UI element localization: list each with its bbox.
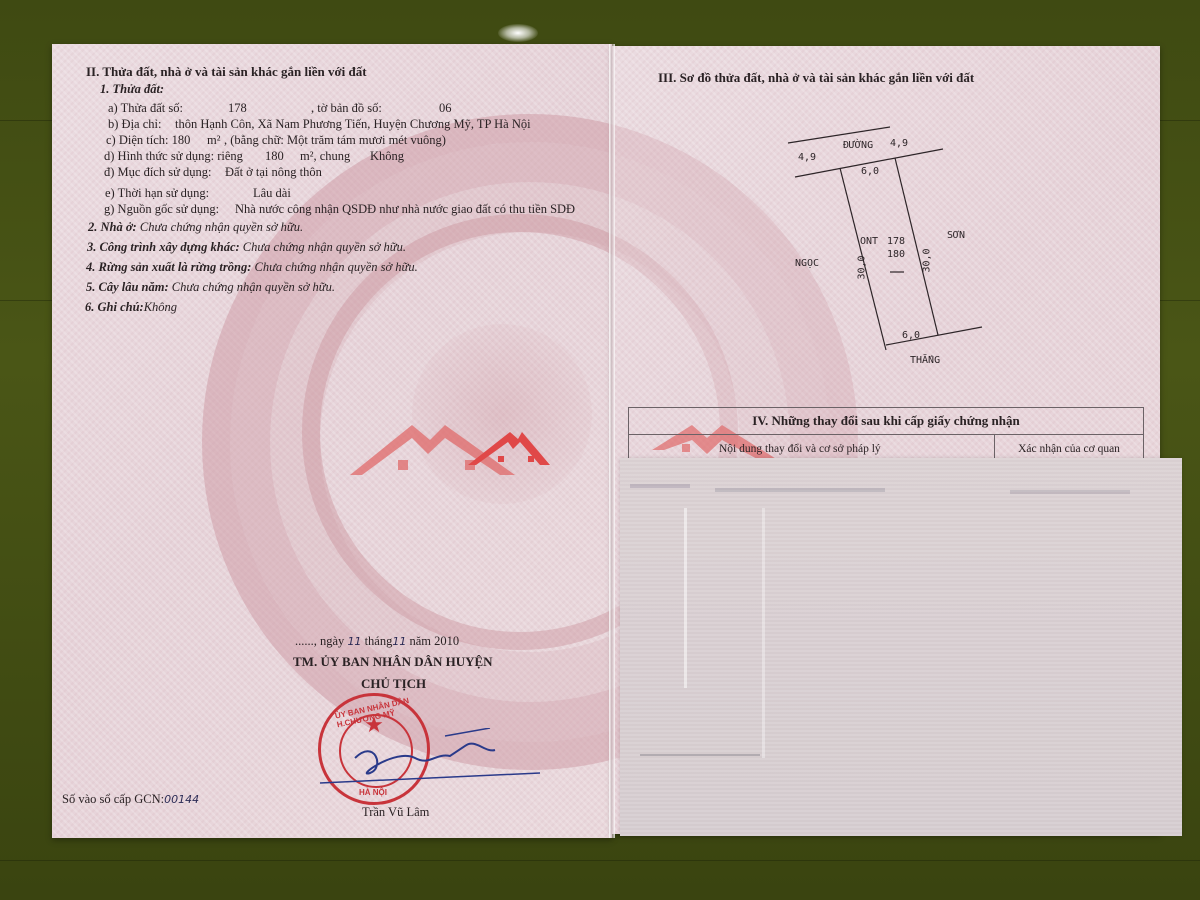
usage-form-label: d) Hình thức sử dụng: riêng (104, 149, 243, 164)
parcel-number: 178 (887, 236, 905, 247)
light-reflection (498, 24, 538, 42)
subsection-land-parcel: 1. Thửa đất: (100, 82, 164, 97)
area-label: c) Diện tích: 180 (106, 133, 190, 148)
house-roof-logo-icon (350, 420, 550, 480)
item-notes: 6. Ghi chú:Không (85, 300, 177, 315)
top-edge-length: 6,0 (861, 166, 879, 177)
usage-purpose-value: Đất ở tại nông thôn (225, 165, 322, 180)
address-label: b) Địa chỉ: (108, 117, 161, 132)
usage-common-value: Không (370, 149, 404, 164)
neighbor-bottom: THẮNG (910, 355, 940, 366)
land-use-code: ONT (860, 236, 878, 247)
area-in-words: , (bằng chữ: Một trăm tám mươi mét vuông… (224, 133, 446, 148)
road-label: ĐƯỜNG (843, 140, 873, 151)
item-other-construction: 3. Công trình xây dựng khác: Chưa chứng … (87, 240, 406, 255)
usage-origin-value: Nhà nước công nhận QSDĐ như nhà nước gia… (235, 202, 575, 217)
signer-name: Trần Vũ Lâm (362, 805, 429, 820)
redacted-area (620, 458, 1182, 836)
signer-position: CHỦ TỊCH (361, 676, 426, 691)
road-width-left: 4,9 (798, 152, 816, 163)
road-width-right: 4,9 (890, 138, 908, 149)
right-edge-length: 30,0 (922, 248, 933, 272)
parcel-area: 180 (887, 249, 905, 260)
usage-origin-label: g) Nguồn gốc sử dụng: (104, 202, 219, 217)
section-iii-title: III. Sơ đồ thửa đất, nhà ở và tài sản kh… (658, 70, 974, 85)
bottom-edge-length: 6,0 (902, 330, 920, 341)
item-perennial-trees: 5. Cây lâu năm: Chưa chứng nhận quyền sở… (86, 280, 335, 295)
usage-private-value: 180 (265, 149, 284, 164)
page-fold (609, 44, 615, 838)
address-value: thôn Hạnh Côn, Xã Nam Phương Tiến, Huyện… (175, 117, 531, 132)
neighbor-left: NGỌC (795, 258, 819, 269)
parcel-number-label: a) Thửa đất số: (108, 101, 183, 116)
issuing-authority: TM. ỦY BAN NHÂN DÂN HUYỆN (293, 654, 493, 669)
issue-date: ......, ngày 11 tháng11 năm 2010 (295, 634, 459, 649)
map-sheet-label: , tờ bản đồ số: (311, 101, 382, 116)
left-edge-length: 30,0 (857, 255, 868, 279)
item-plantation-forest: 4. Rừng sản xuất là rừng trồng: Chưa chứ… (86, 260, 418, 275)
signature (315, 728, 545, 788)
changes-table: IV. Những thay đổi sau khi cấp giấy chứn… (628, 407, 1144, 464)
parcel-number-value: 178 (228, 101, 247, 116)
section-ii-title: II. Thửa đất, nhà ở và tài sản khác gắn … (86, 64, 367, 79)
usage-term-label: e) Thời hạn sử dụng: (105, 186, 209, 201)
usage-unit: m², chung (300, 149, 350, 164)
usage-purpose-label: đ) Mục đích sử dụng: (104, 165, 211, 180)
neighbor-right: SƠN (947, 230, 965, 241)
registry-number: Số vào sổ cấp GCN:00144 (62, 792, 199, 807)
area-unit: m² (207, 133, 220, 148)
item-house: 2. Nhà ở: Chưa chứng nhận quyền sở hữu. (88, 220, 303, 235)
usage-term-value: Lâu dài (253, 186, 291, 201)
map-sheet-value: 06 (439, 101, 452, 116)
section-iv-title: IV. Những thay đổi sau khi cấp giấy chứn… (629, 408, 1143, 435)
